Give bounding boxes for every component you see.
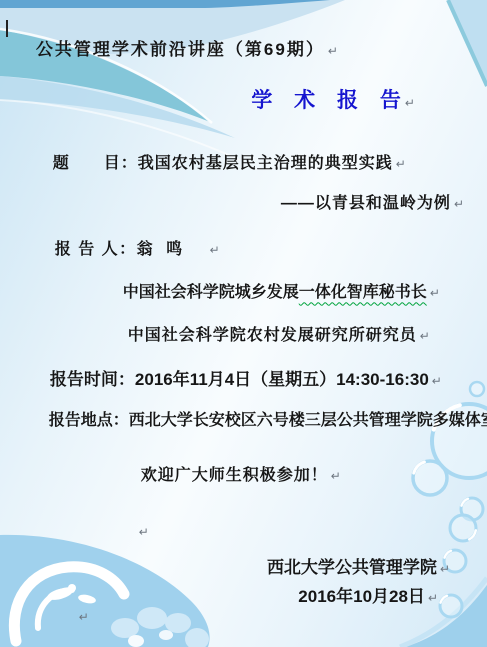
bubble <box>440 595 462 617</box>
wave-decoration <box>0 535 210 647</box>
affiliation1-text: 中国社会科学院城乡发展 <box>123 284 299 301</box>
report-title-text: 学 术 报 告 <box>251 89 402 112</box>
affiliation2-text: 中国社会科学院农村发展研究所研究员 <box>128 327 417 344</box>
paragraph-mark: ↵ <box>440 562 450 576</box>
paragraph-mark: ↵ <box>428 591 438 605</box>
topic-text: 题 目：我国农村基层民主治理的典型实践 <box>53 155 393 172</box>
report-venue-line[interactable]: 报告地点：西北大学长安校区六号楼三层公共管理学院多媒体室↵ <box>31 394 487 449</box>
paragraph-mark: ↵ <box>210 243 222 257</box>
report-time-text: 报告时间：2016年11月4日（星期五）14:30-16:30 <box>50 370 429 389</box>
welcome-line[interactable]: 欢迎广大师生积极参加！↵ <box>119 449 342 504</box>
bubble <box>450 515 476 541</box>
text-cursor <box>6 20 8 37</box>
topic-subtitle-text: ——以青县和温岭为例 <box>281 195 451 212</box>
empty-paragraph[interactable]: ↵ <box>118 505 149 560</box>
document-page[interactable]: 公共管理学术前沿讲座（第69期）↵ 学 术 报 告↵ 题 目：我国农村基层民主治… <box>0 0 487 647</box>
report-venue-text: 报告地点：西北大学长安校区六号楼三层公共管理学院多媒体室 <box>49 412 487 429</box>
speaker-text: 报 告 人：翁 鸣 <box>55 241 184 258</box>
paragraph-mark: ↵ <box>405 96 416 110</box>
bubble <box>413 461 447 495</box>
report-title-line[interactable]: 学 术 报 告↵ <box>168 65 416 137</box>
paragraph-mark: ↵ <box>430 286 440 300</box>
signature-date-line[interactable]: 2016年10月28日↵ <box>279 567 438 626</box>
object-anchor-mark: ↵ <box>58 590 89 645</box>
paragraph-mark: ↵ <box>331 469 342 483</box>
paragraph-mark: ↵ <box>79 610 89 624</box>
paragraph-mark: ↵ <box>396 157 407 171</box>
welcome-text: 欢迎广大师生积极参加！ <box>141 467 328 484</box>
series-header-text: 公共管理学术前沿讲座（第69期） <box>36 40 325 59</box>
paragraph-mark: ↵ <box>432 374 442 388</box>
signature-date-text: 2016年10月28日 <box>298 587 425 606</box>
paragraph-mark: ↵ <box>139 525 149 539</box>
paragraph-mark: ↵ <box>420 329 431 343</box>
paragraph-mark: ↵ <box>454 197 465 211</box>
topic-subtitle-line[interactable]: ——以青县和温岭为例↵ <box>259 177 465 232</box>
affiliation1-spellcheck-text: 一体化智库秘书长 <box>299 284 427 301</box>
paragraph-mark: ↵ <box>328 44 340 58</box>
